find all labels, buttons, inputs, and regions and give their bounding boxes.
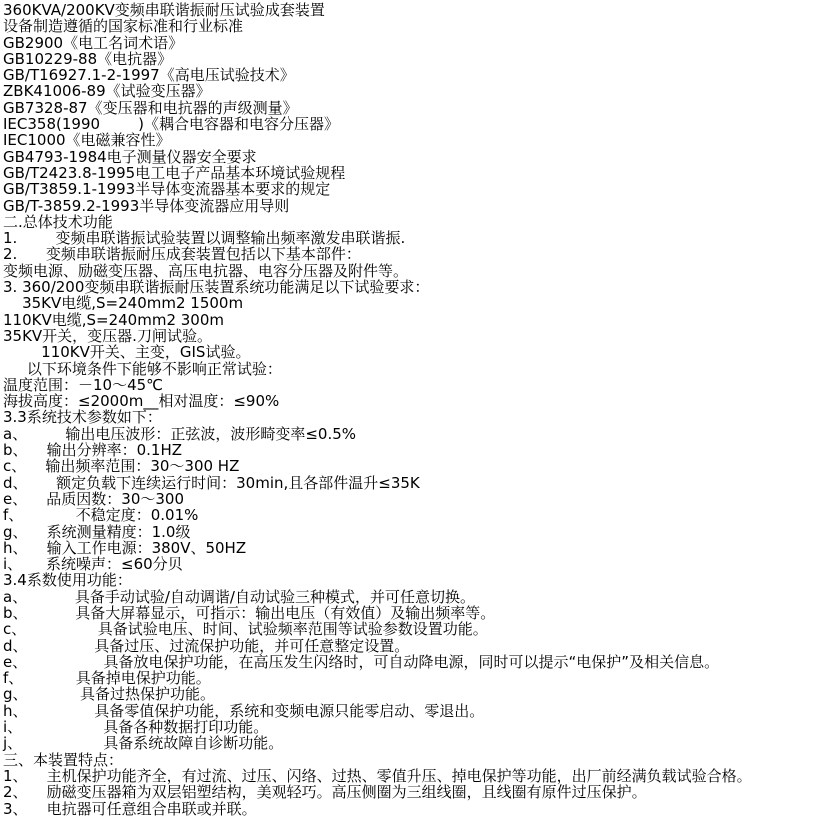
text-line: e、 品质因数：30～300 — [3, 491, 821, 507]
text-line: 三、本装置特点： — [3, 752, 821, 768]
text-line: 3、 电抗器可任意组合串联或并联。 — [3, 801, 821, 817]
text-line: b、 具备大屏幕显示，可指示：输出电压（有效值）及输出频率等。 — [3, 605, 821, 621]
text-line: 35KV开关，变压器.刀闸试验。 — [3, 328, 821, 344]
text-line: c、 输出频率范围：30～300 HZ — [3, 458, 821, 474]
text-line: 110KV电缆,S=240mm2 300m — [3, 312, 821, 328]
text-line: 360KVA/200KV变频串联谐振耐压试验成套装置 — [3, 2, 821, 18]
text-line: f、 不稳定度：0.01% — [3, 507, 821, 523]
text-line: 35KV电缆,S=240mm2 1500m — [3, 295, 821, 311]
text-line: IEC358(1990 )《耦合电容器和电容分压器》 — [3, 116, 821, 132]
text-line: 3. 360/200变频串联谐振耐压装置系统功能满足以下试验要求： — [3, 279, 821, 295]
document-page: 360KVA/200KV变频串联谐振耐压试验成套装置设备制造遵循的国家标准和行业… — [0, 0, 821, 820]
text-line: GB2900《电工名词术语》 — [3, 35, 821, 51]
text-line: GB7328-87《变压器和电抗器的声级测量》 — [3, 100, 821, 116]
text-line: 变频电源、励磁变压器、高压电抗器、电容分压器及附件等。 — [3, 263, 821, 279]
text-line: i、 具备各种数据打印功能。 — [3, 719, 821, 735]
text-line: 110KV开关、主变，GIS试验。 — [3, 344, 821, 360]
text-line: h、 输入工作电源：380V、50HZ — [3, 540, 821, 556]
text-line: d、 具备过压、过流保护功能，并可任意整定设置。 — [3, 638, 821, 654]
text-line: c、 具备试验电压、时间、试验频率范围等试验参数设置功能。 — [3, 621, 821, 637]
text-line: g、 具备过热保护功能。 — [3, 686, 821, 702]
text-line: a、 输出电压波形：正弦波，波形畸变率≤0.5% — [3, 426, 821, 442]
text-line: 1. 变频串联谐振试验装置以调整输出频率激发串联谐振. — [3, 230, 821, 246]
text-line: 3.3系统技术参数如下： — [3, 409, 821, 425]
text-line: j、 具备系统故障自诊断功能。 — [3, 735, 821, 751]
text-line: i、 系统噪声：≤60分贝 — [3, 556, 821, 572]
text-line: e、 具备放电保护功能，在高压发生闪络时，可自动降电源，同时可以提示“电保护”及… — [3, 654, 821, 670]
text-line: GB10229-88《电抗器》 — [3, 51, 821, 67]
text-line: ZBK41006-89《试验变压器》 — [3, 83, 821, 99]
text-line: 温度范围：－10～45℃ — [3, 377, 821, 393]
text-line: 海拔高度：≤2000m__相对温度：≤90% — [3, 393, 821, 409]
text-line: d、 额定负载下连续运行时间：30min,且各部件温升≤35K — [3, 475, 821, 491]
text-line: GB/T3859.1-1993半导体变流器基本要求的规定 — [3, 181, 821, 197]
text-line: h、 具备零值保护功能，系统和变频电源只能零启动、零退出。 — [3, 703, 821, 719]
text-line: GB4793-1984电子测量仪器安全要求 — [3, 149, 821, 165]
text-line: g、 系统测量精度：1.0级 — [3, 524, 821, 540]
text-line: 二.总体技术功能 — [3, 214, 821, 230]
text-line: 2. 变频串联谐振耐压成套装置包括以下基本部件： — [3, 246, 821, 262]
text-line: 1、 主机保护功能齐全，有过流、过压、闪络、过热、零值升压、掉电保护等功能，出厂… — [3, 768, 821, 784]
text-line: 以下环境条件下能够不影响正常试验： — [3, 361, 821, 377]
text-line: GB/T-3859.2-1993半导体变流器应用导则 — [3, 198, 821, 214]
text-line: 2、 励磁变压器箱为双层铝塑结构，美观轻巧。高压侧圈为三组线圈，且线圈有原件过压… — [3, 784, 821, 800]
text-line: 3.4系数使用功能： — [3, 572, 821, 588]
text-line: IEC1000《电磁兼容性》 — [3, 132, 821, 148]
text-line: a、 具备手动试验/自动调谐/自动试验三种模式，并可任意切换。 — [3, 589, 821, 605]
text-line: 设备制造遵循的国家标准和行业标准 — [3, 18, 821, 34]
text-line: GB/T16927.1-2-1997《高电压试验技术》 — [3, 67, 821, 83]
text-line: b、 输出分辨率：0.1HZ — [3, 442, 821, 458]
text-line: GB/T2423.8-1995电工电子产品基本环境试验规程 — [3, 165, 821, 181]
text-line: f、 具备掉电保护功能。 — [3, 670, 821, 686]
